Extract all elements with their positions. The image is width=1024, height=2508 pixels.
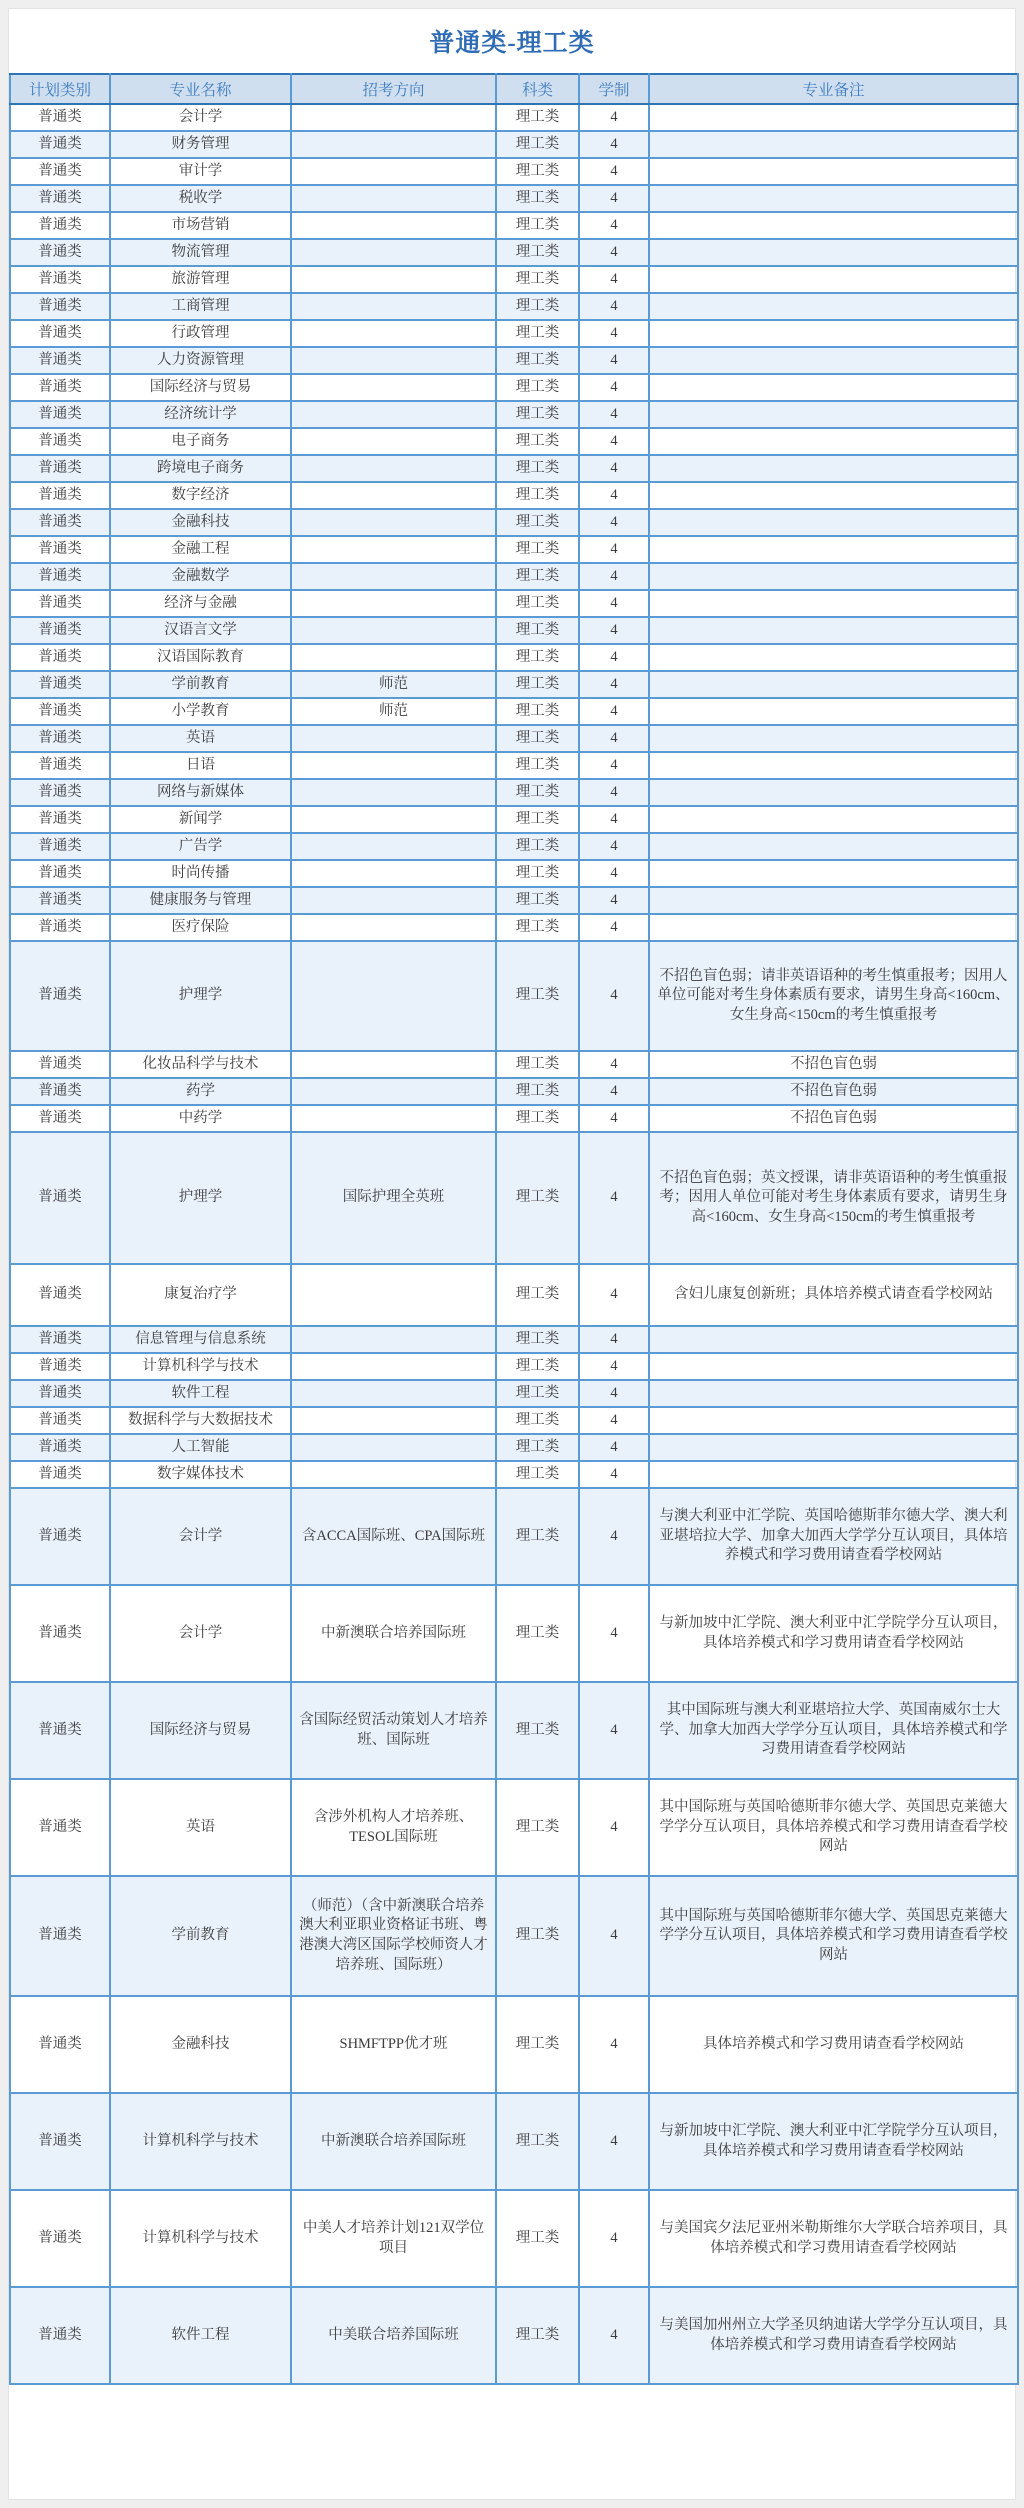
cell-subject-type: 理工类 [496,617,579,644]
cell-direction [291,941,496,1051]
column-header: 招考方向 [291,74,496,104]
cell-subject-type: 理工类 [496,914,579,941]
cell-plan-category: 普通类 [10,752,110,779]
table-row: 普通类 电子商务 理工类 4 [10,428,1018,455]
cell-direction [291,1434,496,1461]
cell-direction: 师范 [291,671,496,698]
cell-direction [291,239,496,266]
cell-plan-category: 普通类 [10,320,110,347]
table-row: 普通类 信息管理与信息系统 理工类 4 [10,1326,1018,1353]
table-row: 普通类 会计学 含ACCA国际班、CPA国际班 理工类 4 与澳大利亚中汇学院、… [10,1488,1018,1585]
cell-direction [291,644,496,671]
cell-plan-category: 普通类 [10,2093,110,2190]
cell-major-name: 计算机科学与技术 [110,1353,291,1380]
cell-remark [649,482,1018,509]
cell-direction [291,185,496,212]
cell-major-name: 经济统计学 [110,401,291,428]
table-row: 普通类 化妆品科学与技术 理工类 4 不招色盲色弱 [10,1051,1018,1078]
cell-duration: 4 [579,401,649,428]
cell-duration: 4 [579,1051,649,1078]
cell-major-name: 中药学 [110,1105,291,1132]
cell-remark [649,779,1018,806]
cell-subject-type: 理工类 [496,482,579,509]
cell-plan-category: 普通类 [10,374,110,401]
cell-direction [291,482,496,509]
cell-major-name: 会计学 [110,1488,291,1585]
cell-subject-type: 理工类 [496,1488,579,1585]
cell-major-name: 时尚传播 [110,860,291,887]
cell-major-name: 英语 [110,1779,291,1876]
cell-subject-type: 理工类 [496,1682,579,1779]
cell-duration: 4 [579,428,649,455]
table-row: 普通类 行政管理 理工类 4 [10,320,1018,347]
column-header: 科类 [496,74,579,104]
cell-major-name: 广告学 [110,833,291,860]
table-row: 普通类 国际经济与贸易 理工类 4 [10,374,1018,401]
cell-major-name: 金融科技 [110,509,291,536]
cell-major-name: 国际经济与贸易 [110,1682,291,1779]
cell-remark [649,1461,1018,1488]
cell-plan-category: 普通类 [10,1407,110,1434]
cell-subject-type: 理工类 [496,104,579,131]
cell-major-name: 软件工程 [110,2287,291,2384]
cell-plan-category: 普通类 [10,1682,110,1779]
cell-plan-category: 普通类 [10,617,110,644]
cell-subject-type: 理工类 [496,563,579,590]
cell-direction [291,1461,496,1488]
cell-direction [291,293,496,320]
cell-plan-category: 普通类 [10,698,110,725]
cell-duration: 4 [579,239,649,266]
cell-subject-type: 理工类 [496,1996,579,2093]
cell-subject-type: 理工类 [496,752,579,779]
cell-duration: 4 [579,1407,649,1434]
cell-plan-category: 普通类 [10,239,110,266]
cell-direction [291,590,496,617]
table-row: 普通类 计算机科学与技术 中美人才培养计划121双学位项目 理工类 4 与美国宾… [10,2190,1018,2287]
cell-subject-type: 理工类 [496,320,579,347]
cell-direction [291,1353,496,1380]
cell-duration: 4 [579,1078,649,1105]
cell-remark [649,1326,1018,1353]
table-row: 普通类 网络与新媒体 理工类 4 [10,779,1018,806]
cell-subject-type: 理工类 [496,1132,579,1264]
cell-direction [291,1105,496,1132]
column-header: 专业名称 [110,74,291,104]
cell-subject-type: 理工类 [496,455,579,482]
cell-direction [291,428,496,455]
cell-duration: 4 [579,752,649,779]
cell-major-name: 跨境电子商务 [110,455,291,482]
cell-major-name: 学前教育 [110,671,291,698]
cell-subject-type: 理工类 [496,401,579,428]
cell-plan-category: 普通类 [10,131,110,158]
cell-plan-category: 普通类 [10,1876,110,1996]
cell-direction [291,752,496,779]
cell-duration: 4 [579,1488,649,1585]
header-row: 计划类别专业名称招考方向科类学制专业备注 [10,74,1018,104]
cell-remark [649,239,1018,266]
cell-duration: 4 [579,671,649,698]
table-row: 普通类 中药学 理工类 4 不招色盲色弱 [10,1105,1018,1132]
cell-direction [291,1326,496,1353]
cell-direction: 含涉外机构人才培养班、TESOL国际班 [291,1779,496,1876]
cell-subject-type: 理工类 [496,1585,579,1682]
cell-direction [291,914,496,941]
cell-major-name: 护理学 [110,1132,291,1264]
table-body: 普通类 会计学 理工类 4 普通类 财务管理 理工类 4 普通类 审计学 理工类… [10,104,1018,2384]
table-row: 普通类 市场营销 理工类 4 [10,212,1018,239]
cell-plan-category: 普通类 [10,212,110,239]
cell-major-name: 新闻学 [110,806,291,833]
cell-remark [649,131,1018,158]
cell-duration: 4 [579,509,649,536]
table-row: 普通类 小学教育 师范 理工类 4 [10,698,1018,725]
cell-major-name: 金融科技 [110,1996,291,2093]
table-row: 普通类 汉语国际教育 理工类 4 [10,644,1018,671]
cell-plan-category: 普通类 [10,860,110,887]
cell-duration: 4 [579,374,649,401]
cell-direction: 中美联合培养国际班 [291,2287,496,2384]
table-row: 普通类 金融数学 理工类 4 [10,563,1018,590]
table-row: 普通类 金融科技 理工类 4 [10,509,1018,536]
cell-major-name: 医疗保险 [110,914,291,941]
cell-subject-type: 理工类 [496,1779,579,1876]
cell-plan-category: 普通类 [10,158,110,185]
cell-remark [649,860,1018,887]
cell-direction [291,320,496,347]
table-row: 普通类 健康服务与管理 理工类 4 [10,887,1018,914]
cell-duration: 4 [579,266,649,293]
cell-subject-type: 理工类 [496,1461,579,1488]
cell-subject-type: 理工类 [496,212,579,239]
cell-plan-category: 普通类 [10,185,110,212]
admission-plan-table: 计划类别专业名称招考方向科类学制专业备注 普通类 会计学 理工类 4 普通类 财… [9,73,1019,2385]
table-row: 普通类 时尚传播 理工类 4 [10,860,1018,887]
cell-duration: 4 [579,914,649,941]
cell-major-name: 旅游管理 [110,266,291,293]
cell-plan-category: 普通类 [10,2190,110,2287]
cell-subject-type: 理工类 [496,239,579,266]
cell-direction [291,266,496,293]
cell-plan-category: 普通类 [10,536,110,563]
table-row: 普通类 工商管理 理工类 4 [10,293,1018,320]
cell-plan-category: 普通类 [10,1779,110,1876]
cell-subject-type: 理工类 [496,347,579,374]
cell-remark [649,266,1018,293]
cell-major-name: 数字媒体技术 [110,1461,291,1488]
cell-major-name: 学前教育 [110,1876,291,1996]
cell-remark [649,104,1018,131]
cell-major-name: 市场营销 [110,212,291,239]
cell-subject-type: 理工类 [496,1407,579,1434]
cell-major-name: 护理学 [110,941,291,1051]
cell-duration: 4 [579,1434,649,1461]
cell-remark [649,455,1018,482]
cell-duration: 4 [579,1132,649,1264]
table-row: 普通类 护理学 国际护理全英班 理工类 4 不招色盲色弱；英文授课，请非英语语种… [10,1132,1018,1264]
cell-remark [649,401,1018,428]
cell-direction [291,347,496,374]
cell-remark: 其中国际班与英国哈德斯菲尔德大学、英国思克莱德大学学分互认项目，具体培养模式和学… [649,1876,1018,1996]
cell-remark [649,914,1018,941]
cell-direction: 中美人才培养计划121双学位项目 [291,2190,496,2287]
cell-direction [291,1264,496,1326]
cell-duration: 4 [579,1682,649,1779]
cell-remark [649,212,1018,239]
cell-remark: 与新加坡中汇学院、澳大利亚中汇学院学分互认项目，具体培养模式和学习费用请查看学校… [649,1585,1018,1682]
cell-remark [649,887,1018,914]
cell-remark [649,347,1018,374]
cell-major-name: 健康服务与管理 [110,887,291,914]
cell-duration: 4 [579,590,649,617]
cell-plan-category: 普通类 [10,482,110,509]
page-title: 普通类-理工类 [429,23,594,59]
table-row: 普通类 经济与金融 理工类 4 [10,590,1018,617]
cell-direction: 师范 [291,698,496,725]
cell-remark: 不招色盲色弱；请非英语语种的考生慎重报考；因用人单位可能对考生身体素质有要求，请… [649,941,1018,1051]
cell-major-name: 软件工程 [110,1380,291,1407]
cell-direction [291,104,496,131]
cell-major-name: 信息管理与信息系统 [110,1326,291,1353]
cell-direction: 中新澳联合培养国际班 [291,1585,496,1682]
cell-subject-type: 理工类 [496,509,579,536]
cell-plan-category: 普通类 [10,347,110,374]
cell-remark [649,563,1018,590]
cell-remark: 不招色盲色弱；英文授课，请非英语语种的考生慎重报考；因用人单位可能对考生身体素质… [649,1132,1018,1264]
cell-direction [291,725,496,752]
cell-plan-category: 普通类 [10,671,110,698]
cell-remark [649,185,1018,212]
cell-major-name: 会计学 [110,104,291,131]
table-row: 普通类 日语 理工类 4 [10,752,1018,779]
cell-subject-type: 理工类 [496,725,579,752]
cell-subject-type: 理工类 [496,2287,579,2384]
table-row: 普通类 英语 理工类 4 [10,725,1018,752]
cell-duration: 4 [579,2287,649,2384]
table-row: 普通类 数据科学与大数据技术 理工类 4 [10,1407,1018,1434]
cell-duration: 4 [579,1779,649,1876]
cell-subject-type: 理工类 [496,1051,579,1078]
cell-major-name: 计算机科学与技术 [110,2093,291,2190]
cell-remark: 其中国际班与澳大利亚堪培拉大学、英国南威尔士大学、加拿大加西大学学分互认项目，具… [649,1682,1018,1779]
cell-duration: 4 [579,725,649,752]
table-row: 普通类 广告学 理工类 4 [10,833,1018,860]
cell-duration: 4 [579,860,649,887]
cell-duration: 4 [579,347,649,374]
cell-duration: 4 [579,1326,649,1353]
cell-major-name: 数字经济 [110,482,291,509]
cell-subject-type: 理工类 [496,860,579,887]
table-row: 普通类 会计学 理工类 4 [10,104,1018,131]
cell-direction [291,617,496,644]
table-row: 普通类 跨境电子商务 理工类 4 [10,455,1018,482]
cell-remark: 其中国际班与英国哈德斯菲尔德大学、英国思克莱德大学学分互认项目，具体培养模式和学… [649,1779,1018,1876]
cell-duration: 4 [579,833,649,860]
cell-major-name: 小学教育 [110,698,291,725]
cell-plan-category: 普通类 [10,1078,110,1105]
table-row: 普通类 金融科技 SHMFTPP优才班 理工类 4 具体培养模式和学习费用请查看… [10,1996,1018,2093]
table-row: 普通类 旅游管理 理工类 4 [10,266,1018,293]
cell-duration: 4 [579,104,649,131]
cell-remark: 含妇儿康复创新班；具体培养模式请查看学校网站 [649,1264,1018,1326]
cell-remark [649,509,1018,536]
cell-duration: 4 [579,455,649,482]
table-row: 普通类 英语 含涉外机构人才培养班、TESOL国际班 理工类 4 其中国际班与英… [10,1779,1018,1876]
table-row: 普通类 新闻学 理工类 4 [10,806,1018,833]
cell-direction [291,536,496,563]
cell-remark [649,833,1018,860]
cell-direction: SHMFTPP优才班 [291,1996,496,2093]
cell-major-name: 经济与金融 [110,590,291,617]
cell-major-name: 康复治疗学 [110,1264,291,1326]
cell-remark [649,293,1018,320]
cell-duration: 4 [579,536,649,563]
cell-remark: 与美国加州州立大学圣贝纳迪诺大学学分互认项目，具体培养模式和学习费用请查看学校网… [649,2287,1018,2384]
cell-subject-type: 理工类 [496,779,579,806]
cell-plan-category: 普通类 [10,1434,110,1461]
cell-major-name: 汉语言文学 [110,617,291,644]
cell-major-name: 财务管理 [110,131,291,158]
table-header: 计划类别专业名称招考方向科类学制专业备注 [10,74,1018,104]
cell-subject-type: 理工类 [496,2093,579,2190]
table-row: 普通类 会计学 中新澳联合培养国际班 理工类 4 与新加坡中汇学院、澳大利亚中汇… [10,1585,1018,1682]
cell-major-name: 英语 [110,725,291,752]
table-row: 普通类 医疗保险 理工类 4 [10,914,1018,941]
cell-remark [649,1380,1018,1407]
cell-plan-category: 普通类 [10,833,110,860]
cell-remark: 与澳大利亚中汇学院、英国哈德斯菲尔德大学、澳大利亚堪培拉大学、加拿大加西大学学分… [649,1488,1018,1585]
cell-duration: 4 [579,1380,649,1407]
cell-remark [649,698,1018,725]
cell-duration: 4 [579,1585,649,1682]
cell-plan-category: 普通类 [10,428,110,455]
cell-subject-type: 理工类 [496,536,579,563]
cell-direction [291,833,496,860]
cell-duration: 4 [579,563,649,590]
cell-remark [649,671,1018,698]
cell-plan-category: 普通类 [10,1264,110,1326]
cell-plan-category: 普通类 [10,104,110,131]
cell-subject-type: 理工类 [496,1876,579,1996]
cell-direction [291,860,496,887]
cell-direction [291,1380,496,1407]
cell-subject-type: 理工类 [496,1326,579,1353]
cell-subject-type: 理工类 [496,941,579,1051]
cell-duration: 4 [579,1996,649,2093]
cell-direction [291,374,496,401]
cell-subject-type: 理工类 [496,698,579,725]
table-row: 普通类 数字经济 理工类 4 [10,482,1018,509]
cell-major-name: 电子商务 [110,428,291,455]
cell-remark: 与美国宾夕法尼亚州米勒斯维尔大学联合培养项目，具体培养模式和学习费用请查看学校网… [649,2190,1018,2287]
cell-major-name: 计算机科学与技术 [110,2190,291,2287]
cell-direction: （师范）（含中新澳联合培养澳大利亚职业资格证书班、粤港澳大湾区国际学校师资人才培… [291,1876,496,1996]
cell-remark: 不招色盲色弱 [649,1078,1018,1105]
title-bar: 普通类-理工类 [9,9,1015,73]
cell-subject-type: 理工类 [496,887,579,914]
cell-duration: 4 [579,293,649,320]
cell-direction [291,1407,496,1434]
cell-plan-category: 普通类 [10,887,110,914]
cell-major-name: 化妆品科学与技术 [110,1051,291,1078]
table-row: 普通类 软件工程 中美联合培养国际班 理工类 4 与美国加州州立大学圣贝纳迪诺大… [10,2287,1018,2384]
cell-direction [291,212,496,239]
cell-remark: 与新加坡中汇学院、澳大利亚中汇学院学分互认项目，具体培养模式和学习费用请查看学校… [649,2093,1018,2190]
cell-subject-type: 理工类 [496,644,579,671]
cell-subject-type: 理工类 [496,428,579,455]
cell-duration: 4 [579,644,649,671]
cell-subject-type: 理工类 [496,374,579,401]
cell-duration: 4 [579,887,649,914]
cell-major-name: 工商管理 [110,293,291,320]
table-row: 普通类 财务管理 理工类 4 [10,131,1018,158]
table-row: 普通类 人力资源管理 理工类 4 [10,347,1018,374]
cell-duration: 4 [579,1461,649,1488]
cell-subject-type: 理工类 [496,590,579,617]
cell-remark [649,725,1018,752]
table-row: 普通类 国际经济与贸易 含国际经贸活动策划人才培养班、国际班 理工类 4 其中国… [10,1682,1018,1779]
cell-plan-category: 普通类 [10,779,110,806]
cell-major-name: 物流管理 [110,239,291,266]
table-row: 普通类 计算机科学与技术 理工类 4 [10,1353,1018,1380]
table-row: 普通类 审计学 理工类 4 [10,158,1018,185]
cell-subject-type: 理工类 [496,1353,579,1380]
cell-direction [291,401,496,428]
cell-subject-type: 理工类 [496,2190,579,2287]
cell-remark: 具体培养模式和学习费用请查看学校网站 [649,1996,1018,2093]
cell-plan-category: 普通类 [10,2287,110,2384]
table-row: 普通类 税收学 理工类 4 [10,185,1018,212]
cell-duration: 4 [579,1353,649,1380]
cell-major-name: 人工智能 [110,1434,291,1461]
cell-plan-category: 普通类 [10,1051,110,1078]
cell-major-name: 金融工程 [110,536,291,563]
cell-direction [291,158,496,185]
cell-duration: 4 [579,806,649,833]
cell-duration: 4 [579,1264,649,1326]
cell-plan-category: 普通类 [10,1132,110,1264]
cell-major-name: 网络与新媒体 [110,779,291,806]
cell-subject-type: 理工类 [496,806,579,833]
cell-duration: 4 [579,158,649,185]
cell-remark: 不招色盲色弱 [649,1051,1018,1078]
cell-duration: 4 [579,1105,649,1132]
table-row: 普通类 学前教育 师范 理工类 4 [10,671,1018,698]
table-row: 普通类 计算机科学与技术 中新澳联合培养国际班 理工类 4 与新加坡中汇学院、澳… [10,2093,1018,2190]
cell-plan-category: 普通类 [10,401,110,428]
cell-major-name: 人力资源管理 [110,347,291,374]
cell-remark [649,1407,1018,1434]
table-row: 普通类 人工智能 理工类 4 [10,1434,1018,1461]
cell-plan-category: 普通类 [10,1488,110,1585]
cell-duration: 4 [579,482,649,509]
cell-direction [291,131,496,158]
cell-subject-type: 理工类 [496,185,579,212]
table-row: 普通类 物流管理 理工类 4 [10,239,1018,266]
cell-duration: 4 [579,212,649,239]
cell-major-name: 行政管理 [110,320,291,347]
cell-direction [291,563,496,590]
cell-plan-category: 普通类 [10,1353,110,1380]
cell-direction: 含ACCA国际班、CPA国际班 [291,1488,496,1585]
cell-major-name: 税收学 [110,185,291,212]
table-row: 普通类 数字媒体技术 理工类 4 [10,1461,1018,1488]
cell-direction [291,455,496,482]
cell-remark [649,1434,1018,1461]
cell-remark [649,590,1018,617]
cell-duration: 4 [579,185,649,212]
